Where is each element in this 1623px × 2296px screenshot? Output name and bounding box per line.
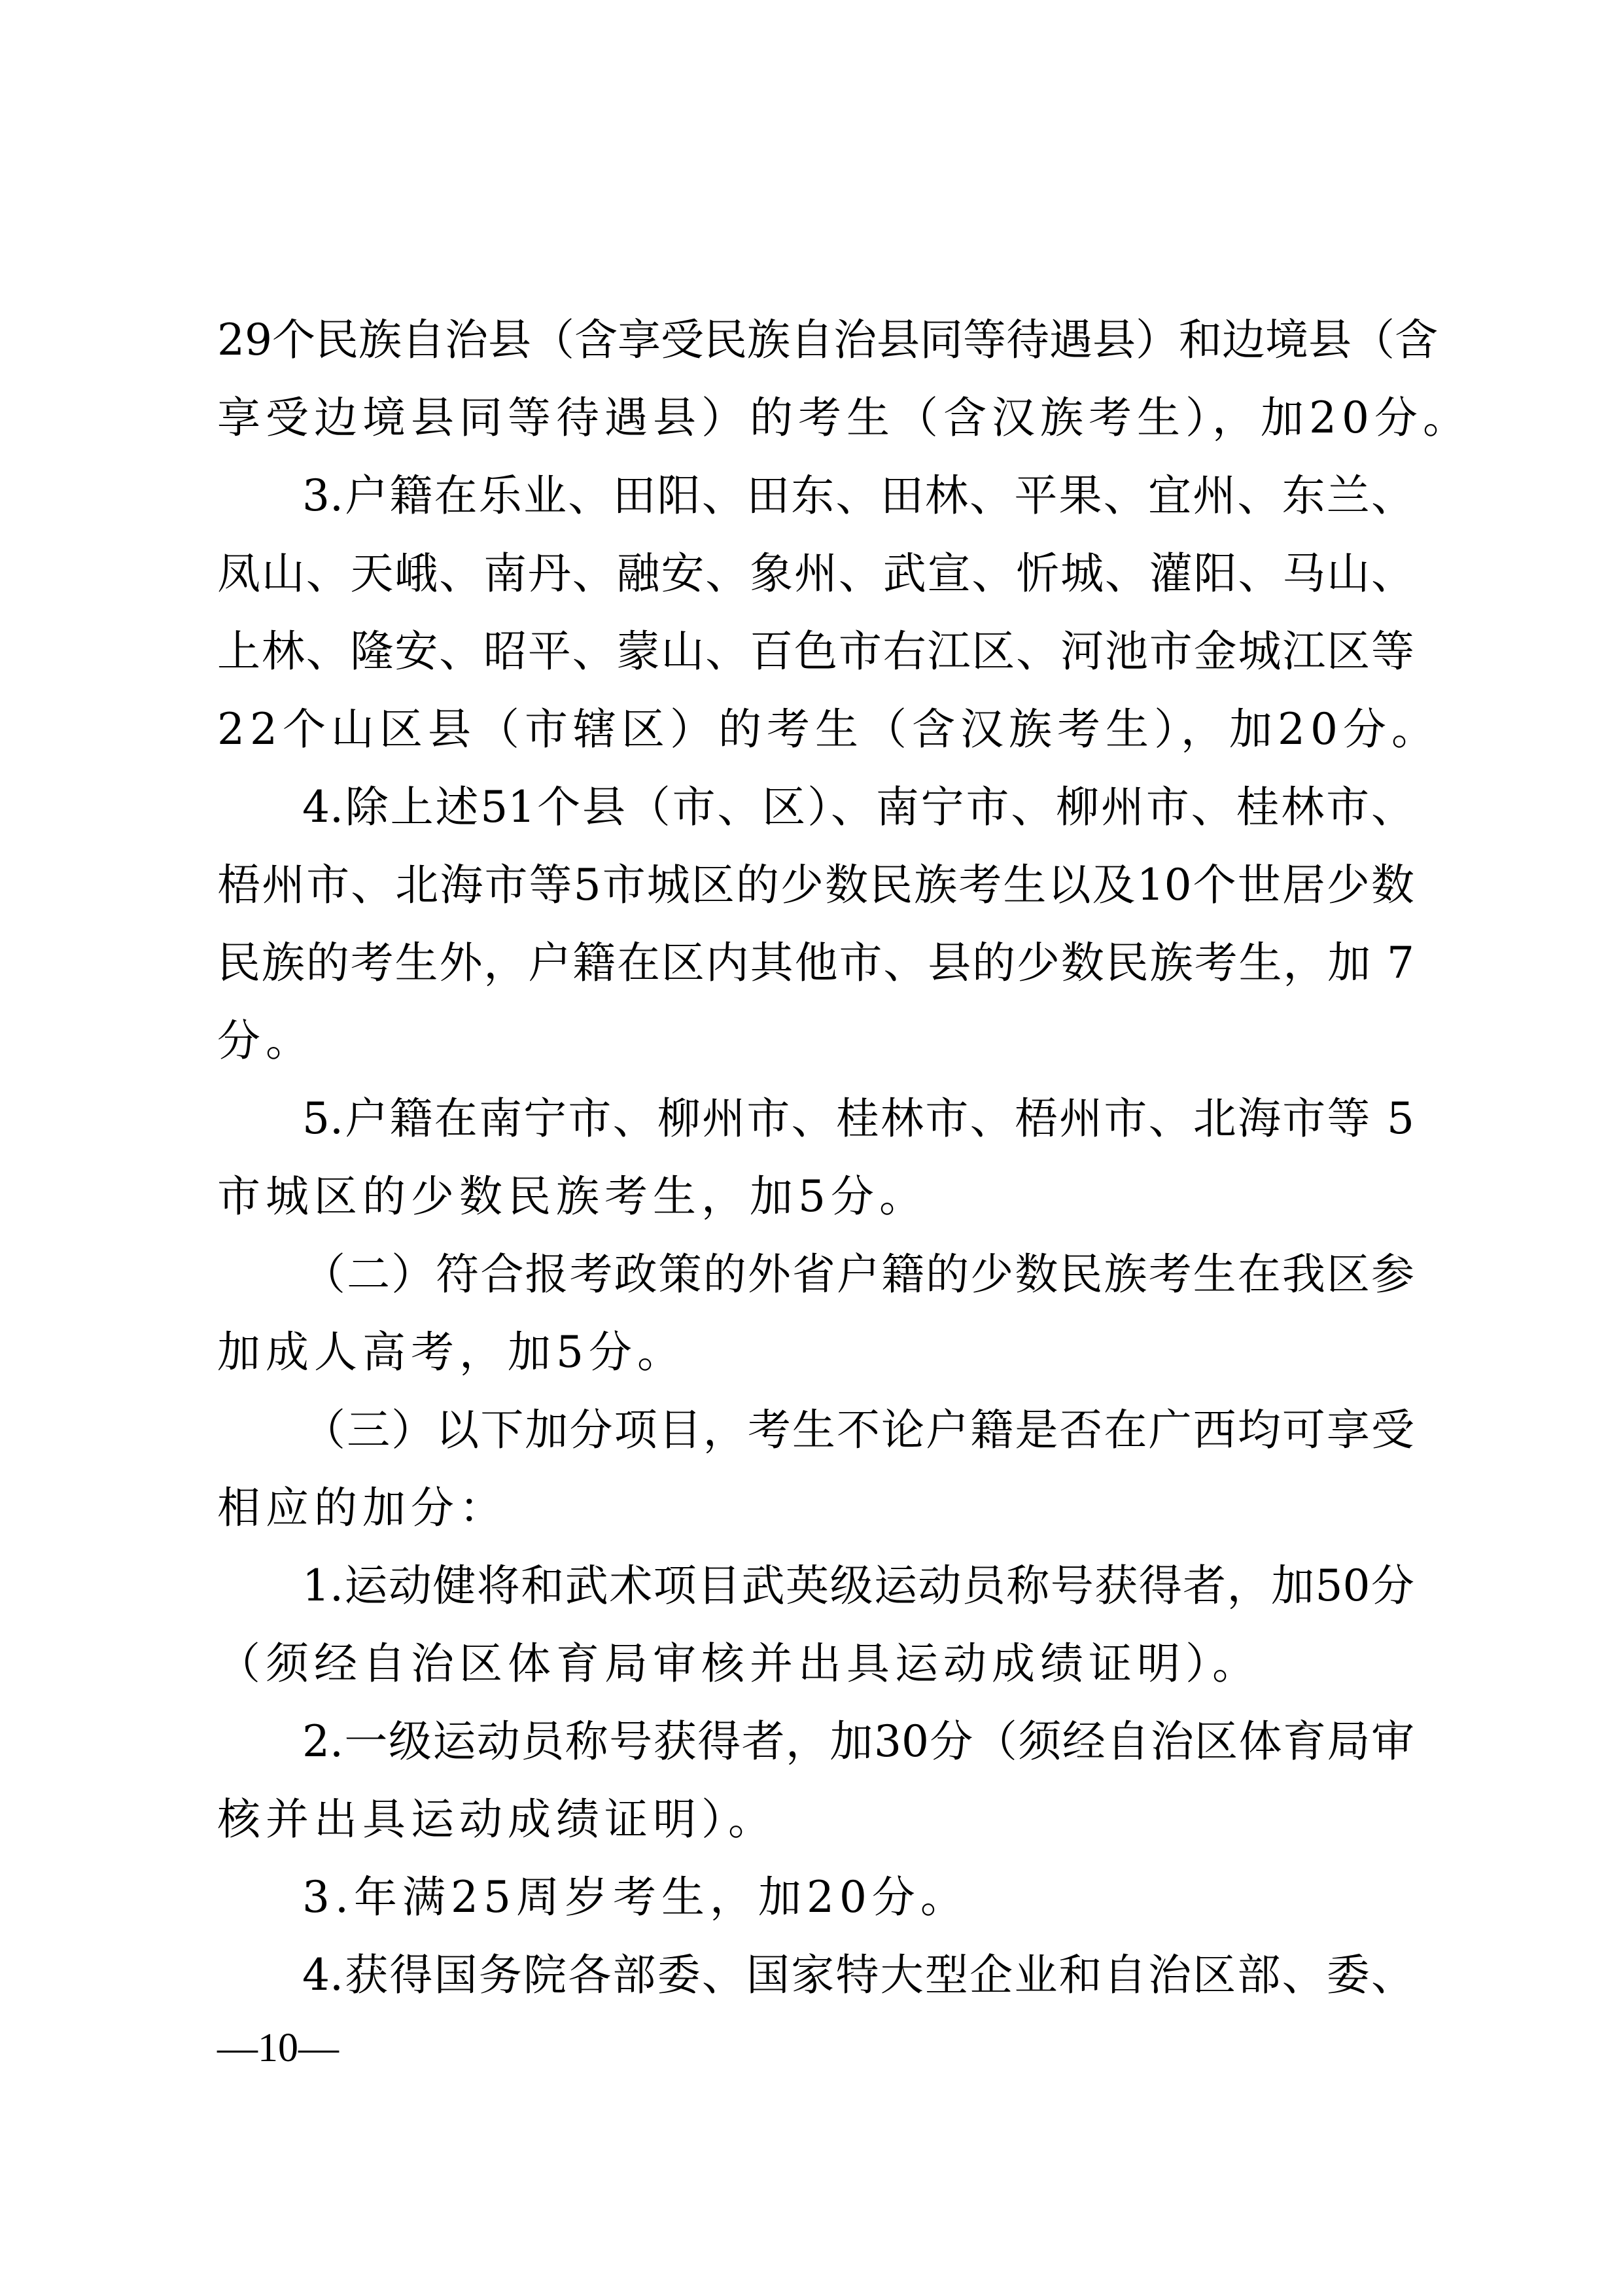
text-line: 市城区的少数民族考生，加5分。: [217, 1157, 928, 1235]
text-line: 29个民族自治县（含享受民族自治县同等待遇县）和边境县（含: [217, 301, 1414, 379]
text-line: 3.年满25周岁考生，加20分。: [302, 1858, 969, 1936]
text-line: 3.户籍在乐业、田阳、田东、田林、平果、宜州、东兰、: [302, 457, 1414, 535]
text-line: （二）符合报考政策的外省户籍的少数民族考生在我区参: [302, 1235, 1414, 1313]
text-line: 2.一级运动员称号获得者，加30分（须经自治区体育局审: [302, 1703, 1414, 1780]
text-line: 5.户籍在南宁市、柳州市、桂林市、梧州市、北海市等 5: [302, 1080, 1414, 1157]
text-line: 4.除上述51个县（市、区）、南宁市、柳州市、桂林市、: [302, 768, 1414, 846]
text-line: 民族的考生外，户籍在区内其他市、县的少数民族考生，加 7: [217, 924, 1414, 1002]
text-line: 核并出具运动成绩证明）。: [217, 1780, 777, 1858]
text-line: 相应的加分：: [217, 1469, 508, 1547]
text-line: 4.获得国务院各部委、国家特大型企业和自治区部、委、: [302, 1936, 1414, 2014]
text-line: 1.运动健将和武术项目武英级运动员称号获得者，加50分: [302, 1547, 1414, 1625]
document-page: 29个民族自治县（含享受民族自治县同等待遇县）和边境县（含享受边境县同等待遇县）…: [0, 0, 1623, 2296]
text-line: 加成人高考，加5分。: [217, 1313, 686, 1391]
text-line: 享受边境县同等待遇县）的考生（含汉族考生），加20分。: [217, 379, 1471, 457]
text-line: 上林、隆安、昭平、蒙山、百色市右江区、河池市金城江区等: [217, 612, 1414, 690]
text-line: 22个山区县（市辖区）的考生（含汉族考生），加20分。: [217, 690, 1440, 768]
text-line: 凤山、天峨、南丹、融安、象州、武宣、忻城、灌阳、马山、: [217, 535, 1414, 612]
text-line: 分。: [217, 1002, 314, 1080]
page-number: —10—: [217, 2022, 339, 2074]
text-line: （三）以下加分项目，考生不论户籍是否在广西均可享受: [302, 1391, 1414, 1469]
text-line: 梧州市、北海市等5市城区的少数民族考生以及10个世居少数: [217, 846, 1414, 924]
text-line: （须经自治区体育局审核并出具运动成绩证明）。: [217, 1625, 1261, 1703]
